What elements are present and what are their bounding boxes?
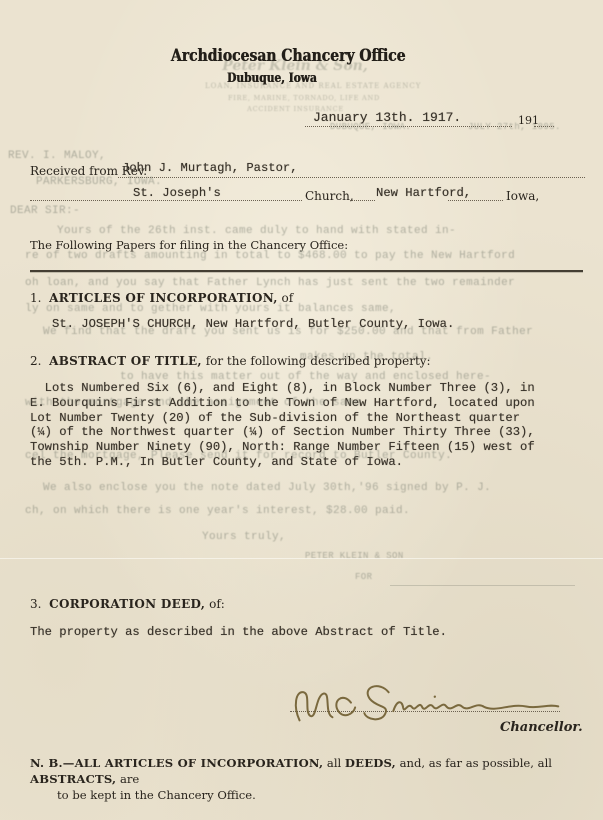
bleedthrough-signature-line [390, 585, 575, 586]
bleedthrough-text: DEAR SIR:- [10, 205, 80, 217]
pastor-name-typed: John J. Murtagh, Pastor, [122, 161, 298, 175]
bleedthrough-text: REV. I. MALOY, [8, 150, 106, 162]
bleedthrough-text: Yours truly, [202, 531, 286, 543]
state-label: Iowa, [506, 189, 539, 203]
footer-seg-4: and, as far as possible, all [396, 756, 552, 770]
bleedthrough-text: ch, on which there is one year's interes… [25, 505, 410, 517]
town-typed: New Hartford, [376, 186, 471, 200]
town-dotted-line-a [350, 200, 375, 201]
town-dotted-line-b [448, 200, 503, 201]
bleedthrough-text: DUBUQUE, IOWA. [330, 122, 411, 132]
bleedthrough-text: Yours of the 26th inst. came duly to han… [57, 225, 456, 237]
item-3-heading: 3. CORPORATION DEED, of: [30, 597, 225, 611]
item-2-title: ABSTRACT OF TITLE, [49, 354, 202, 368]
section-rule [30, 270, 583, 272]
item-3-typed-value: The property as described in the above A… [30, 625, 447, 639]
scanned-document-page: Peter Klein & Son, LOAN, INSURANCE AND R… [0, 0, 603, 820]
footer-seg-3: DEEDS, [345, 756, 396, 770]
paper-scratch-line [0, 558, 603, 559]
footer-seg-2: all [323, 756, 345, 770]
item-2-heading: 2. ABSTRACT OF TITLE, for the following … [30, 354, 431, 368]
bleedthrough-text: FOR [355, 572, 372, 582]
received-dotted-line [118, 177, 585, 178]
bleedthrough-text: with the mortgage and the assignment of … [25, 397, 361, 409]
footer-seg-1: ALL ARTICLES OF INCORPORATION, [75, 756, 324, 770]
item-3-number: 3. [30, 597, 41, 611]
bleedthrough-text: cel the mortgage, Please send it for rec… [25, 450, 452, 462]
item-3-suffix: of: [205, 597, 225, 611]
footer-seg-6: are [116, 772, 139, 786]
footer-seg-5: ABSTRACTS, [30, 772, 116, 786]
signer-title: Chancellor. [500, 720, 583, 735]
item-3-title: CORPORATION DEED, [49, 597, 205, 611]
footer-line-2: to be kept in the Chancery Office. [57, 787, 583, 803]
item-2-suffix: for the following described property: [202, 354, 431, 368]
church-label: Church, [305, 189, 354, 203]
bleedthrough-text: JULY 27th, 1895. [468, 122, 561, 132]
church-name-typed: St. Joseph's [133, 186, 221, 200]
church-dotted-line [30, 200, 302, 201]
footer-nb: N. B.— [30, 756, 75, 770]
bleedthrough-text: PETER KLEIN & SON [305, 551, 404, 561]
bleedthrough-text: re of two drafts amounting in total to $… [25, 250, 515, 262]
bleedthrough-text: FIRE, MARINE, TORNADO, LIFE AND [228, 94, 363, 102]
bleedthrough-text: ly on same and to gether with yours it b… [25, 303, 396, 315]
nota-bene-footer: N. B.—ALL ARTICLES OF INCORPORATION, all… [30, 755, 583, 803]
item-2-number: 2. [30, 354, 41, 368]
letterhead-subtitle: Dubuque, Iowa [122, 71, 422, 86]
letterhead-title: Archdiocesan Chancery Office [138, 46, 438, 66]
bleedthrough-text: We find that the draft you sent us is fo… [43, 326, 533, 338]
bleedthrough-text: We also enclose you the note dated July … [43, 482, 491, 494]
bleedthrough-text: oh loan, and you say that Father Lynch h… [25, 277, 515, 289]
